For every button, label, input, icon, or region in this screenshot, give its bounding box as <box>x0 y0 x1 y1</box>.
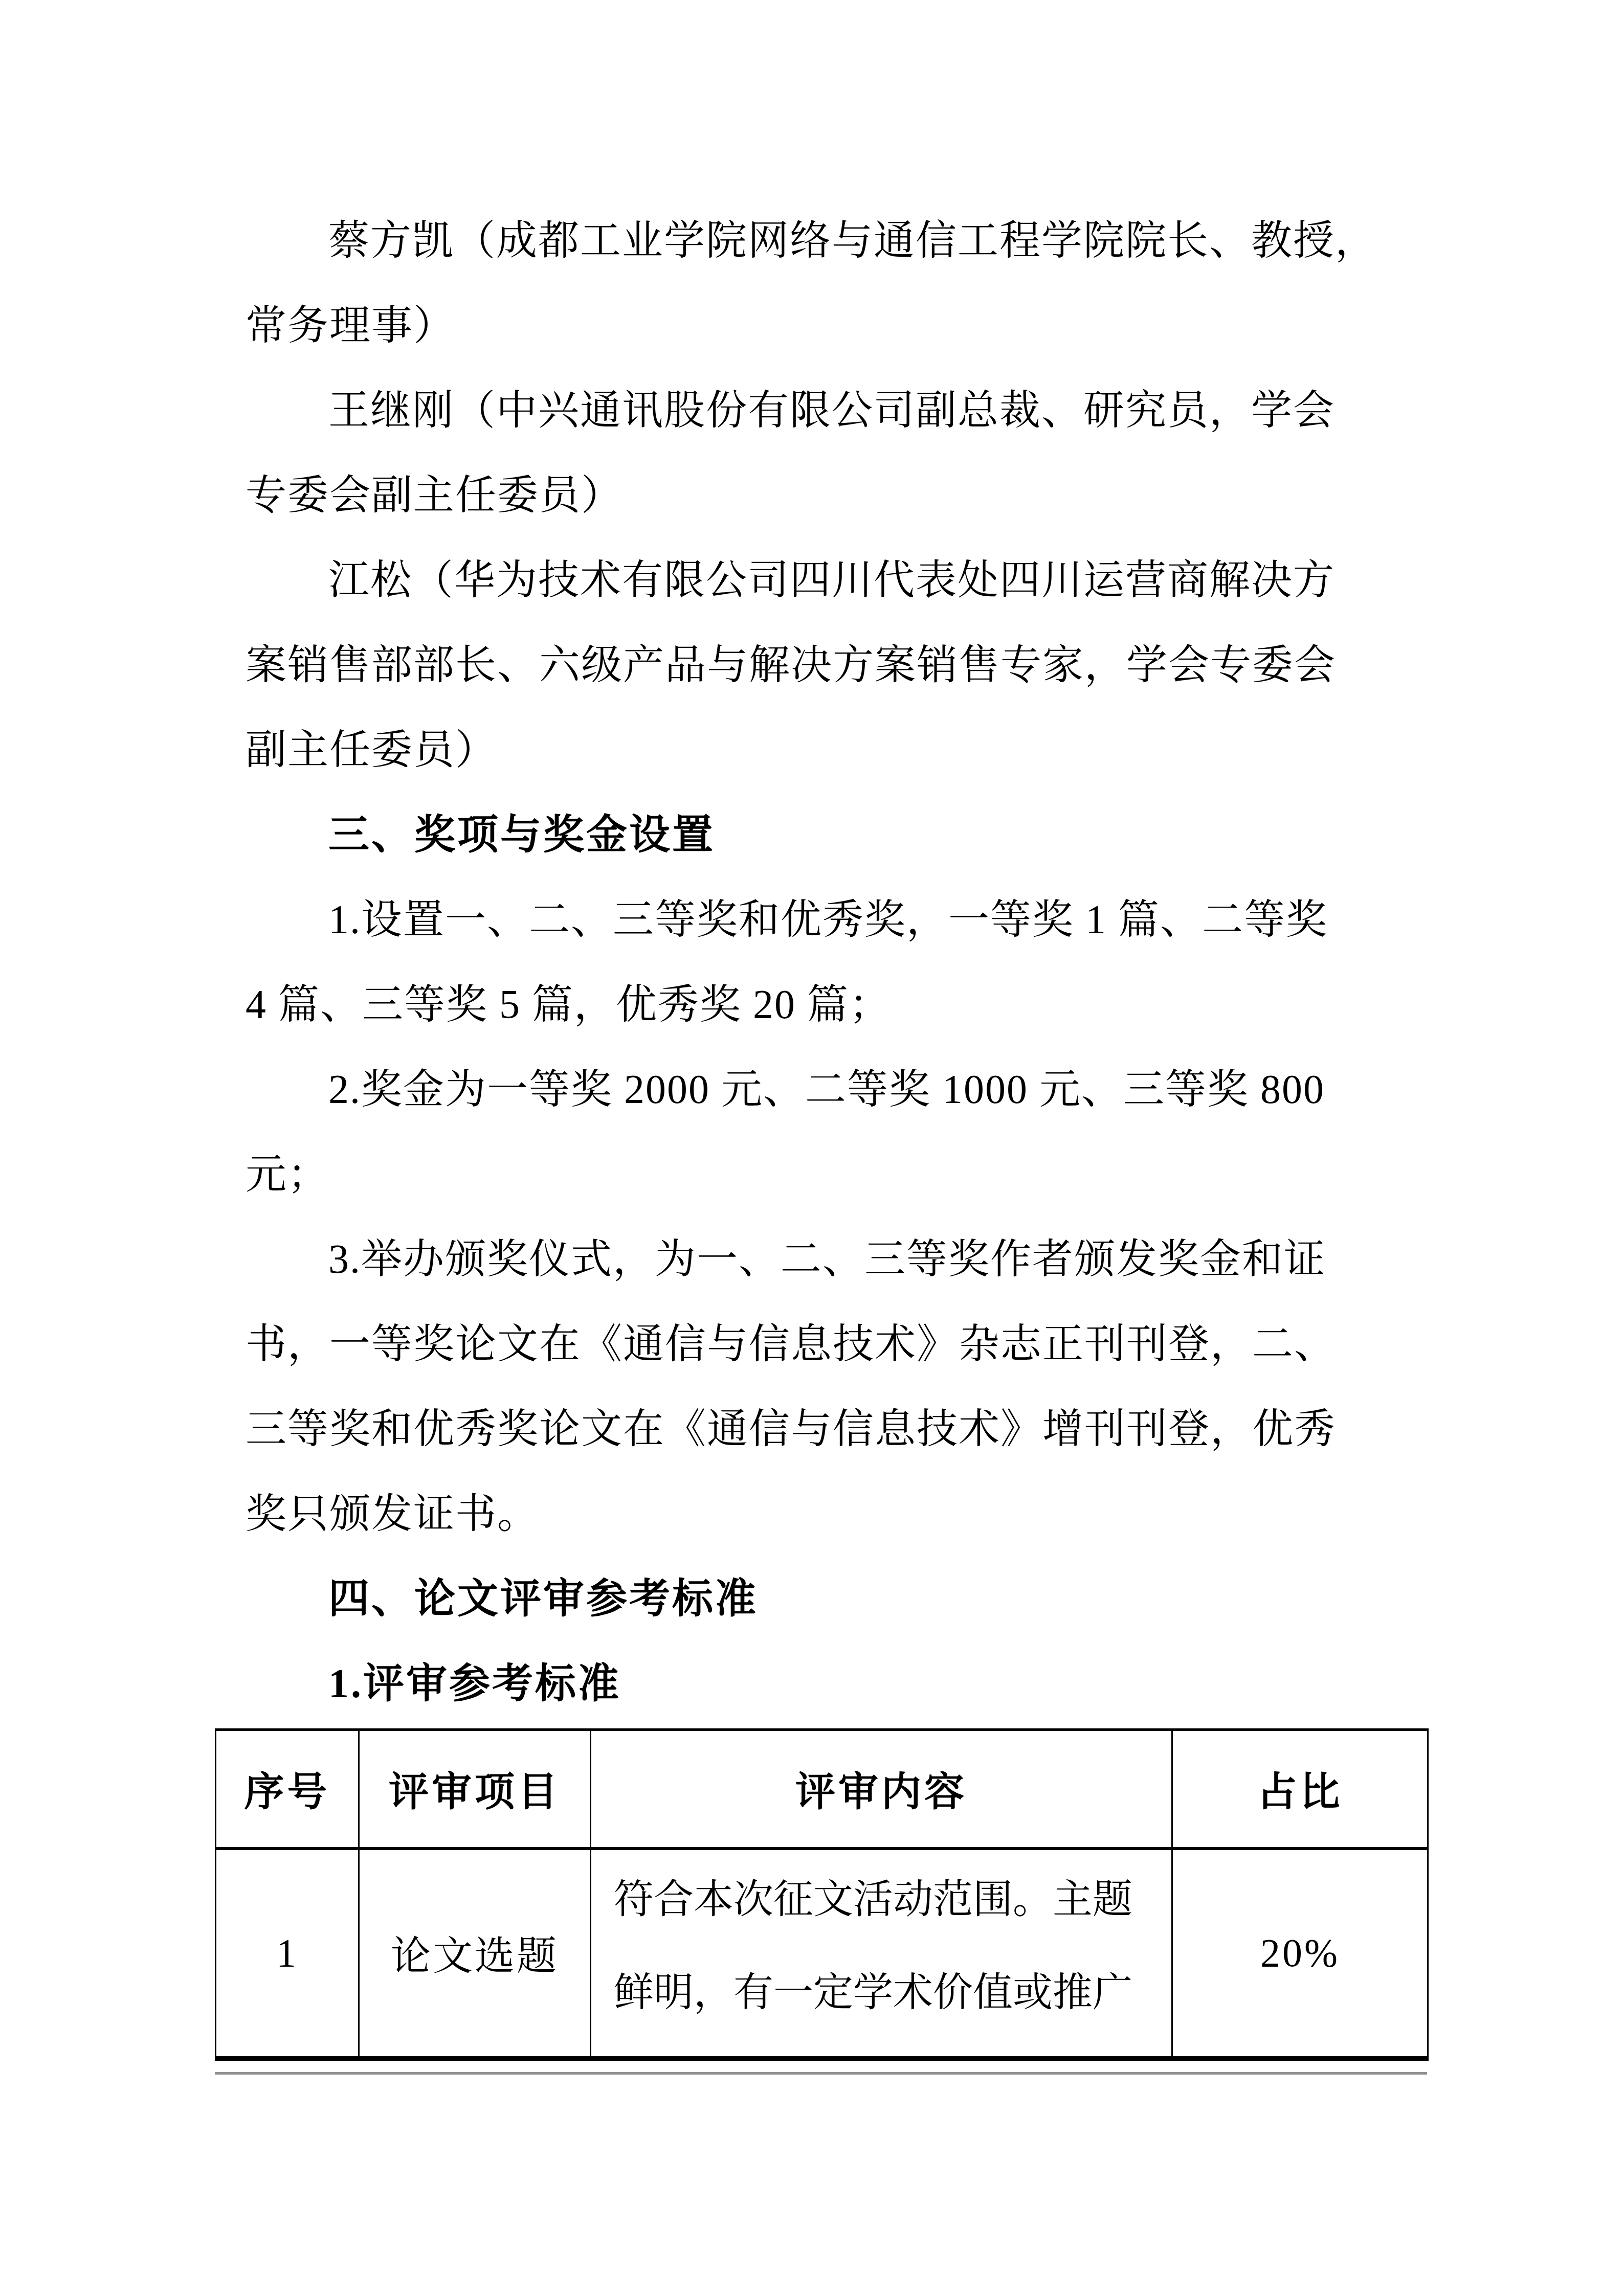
table-cell-content: 符合本次征文活动范围。主题 鲜明，有一定学术价值或推广 <box>591 1849 1172 2059</box>
table-cell-weight: 20% <box>1172 1849 1428 2059</box>
table-header-weight: 占比 <box>1172 1730 1428 1849</box>
table-cell-content-line: 鲜明，有一定学术价值或推广 <box>614 1946 1149 2039</box>
document-page: { "page": { "background": "#ffffff", "te… <box>0 0 1624 2296</box>
text-line: 3.举办颁奖仪式，为一、二、三等奖作者颁发奖金和证 <box>246 1217 1417 1302</box>
body-text-block: 蔡方凯（成都工业学院网络与通信工程学院院长、教授，常务理事）王继刚（中兴通讯股份… <box>246 198 1417 1726</box>
page-background: 蔡方凯（成都工业学院网络与通信工程学院院长、教授，常务理事）王继刚（中兴通讯股份… <box>0 0 1624 2296</box>
text-line: 王继刚（中兴通讯股份有限公司副总裁、研究员，学会 <box>246 368 1417 453</box>
section-heading: 1.评审参考标准 <box>246 1641 1417 1726</box>
text-line: 江松（华为技术有限公司四川代表处四川运营商解决方 <box>246 538 1417 623</box>
section-heading: 四、论文评审参考标准 <box>246 1557 1417 1641</box>
text-line: 奖只颁发证书。 <box>246 1472 1417 1557</box>
table-header-content: 评审内容 <box>591 1730 1172 1849</box>
text-line: 4 篇、三等奖 5 篇，优秀奖 20 篇； <box>246 962 1417 1047</box>
section-heading: 三、奖项与奖金设置 <box>246 793 1417 877</box>
table-row: 1 论文选题 符合本次征文活动范围。主题 鲜明，有一定学术价值或推广 20% <box>216 1849 1428 2059</box>
table-cell-content-line: 符合本次征文活动范围。主题 <box>614 1853 1149 1946</box>
table-header-item: 评审项目 <box>359 1730 591 1849</box>
text-line: 1.设置一、二、三等奖和优秀奖，一等奖 1 篇、二等奖 <box>246 877 1417 962</box>
text-line: 三等奖和优秀奖论文在《通信与信息技术》增刊刊登，优秀 <box>246 1387 1417 1472</box>
text-line: 案销售部部长、六级产品与解决方案销售专家，学会专委会 <box>246 623 1417 708</box>
table-bottom-echo-line <box>215 2072 1427 2075</box>
text-line: 书，一等奖论文在《通信与信息技术》杂志正刊刊登，二、 <box>246 1302 1417 1387</box>
text-line: 副主任委员） <box>246 708 1417 793</box>
text-line: 2.奖金为一等奖 2000 元、二等奖 1000 元、三等奖 800 <box>246 1047 1417 1132</box>
text-line: 专委会副主任委员） <box>246 453 1417 538</box>
table-cell-no: 1 <box>216 1849 359 2059</box>
text-line: 蔡方凯（成都工业学院网络与通信工程学院院长、教授， <box>246 198 1417 283</box>
review-criteria-table: 序号 评审项目 评审内容 占比 1 论文选题 符合本次征文活动范围。主题 鲜明，… <box>215 1728 1429 2061</box>
table-header-row: 序号 评审项目 评审内容 占比 <box>216 1730 1428 1849</box>
text-line: 元； <box>246 1132 1417 1217</box>
table-header-no: 序号 <box>216 1730 359 1849</box>
review-criteria-table-wrap: 序号 评审项目 评审内容 占比 1 论文选题 符合本次征文活动范围。主题 鲜明，… <box>215 1728 1427 2061</box>
text-line: 常务理事） <box>246 283 1417 368</box>
table-cell-item: 论文选题 <box>359 1849 591 2059</box>
